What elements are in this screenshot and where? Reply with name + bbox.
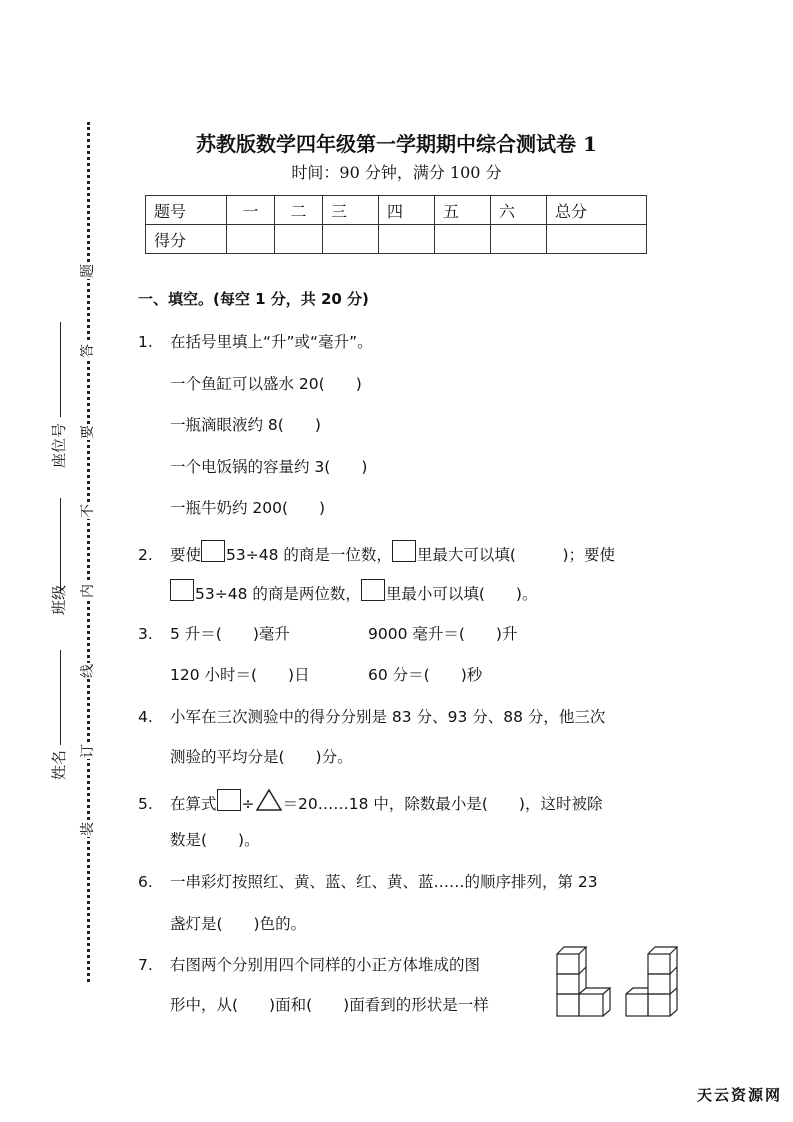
margin-char: 内 [79, 583, 97, 599]
question-text: 要使 [170, 546, 201, 564]
name-label: 姓名 [48, 750, 69, 780]
answer-blank[interactable]: 里最大可以填( )；要使 [417, 546, 615, 564]
question-text: 右图两个分别用四个同样的小正方体堆成的图 [170, 956, 480, 974]
square-blank-icon [361, 579, 385, 601]
question-number: 7. [138, 956, 170, 974]
seat-number-label: 座位号 [48, 423, 69, 468]
score-table-header-row: 题号 一 二 三 四 五 六 总分 [146, 196, 647, 225]
page-title: 苏教版数学四年级第一学期期中综合测试卷 1 [0, 128, 793, 157]
question-text: 53÷48 的商是两位数， [195, 585, 361, 603]
score-table-score-row: 得分 [146, 225, 647, 254]
question-number: 1. [138, 333, 170, 351]
table-cell: 总分 [547, 196, 647, 225]
table-cell: 四 [379, 196, 435, 225]
answer-blank[interactable]: 数是( )。 [170, 828, 260, 850]
question-number: 2. [138, 546, 170, 564]
section-heading: 一、填空。(每空 1 分，共 20 分) [138, 288, 369, 309]
table-cell: 二 [275, 196, 323, 225]
margin-char: 要 [79, 424, 97, 440]
answer-blank[interactable]: 9000 毫升＝( )升 [368, 622, 517, 644]
question-1: 1.在括号里填上“升”或“毫升”。 [138, 330, 373, 352]
table-cell: 五 [435, 196, 491, 225]
triangle-blank-icon [255, 788, 283, 812]
division-sign: ÷ [242, 795, 255, 813]
margin-char: 装 [79, 821, 97, 837]
score-input-cell[interactable] [323, 225, 379, 254]
answer-blank[interactable]: 形中，从( )面和( )面看到的形状是一样 [170, 993, 489, 1015]
question-number: 5. [138, 795, 170, 813]
answer-blank[interactable]: 里最小可以填( )。 [386, 585, 538, 603]
question-5: 5.在算式÷＝20……18 中，除数最小是( )，这时被除 [138, 788, 602, 814]
cube-stack-figure-right [624, 942, 684, 1018]
question-1-item[interactable]: 一瓶牛奶约 200( ) [170, 496, 325, 518]
question-4: 4.小军在三次测验中的得分分别是 83 分、93 分、88 分，他三次 [138, 705, 605, 727]
question-7: 7.右图两个分别用四个同样的小正方体堆成的图 [138, 953, 480, 975]
table-cell: 六 [491, 196, 547, 225]
exam-duration: 时间：90 分钟，满分 100 分 [0, 160, 793, 183]
cube-stack-figure-left [555, 942, 615, 1018]
question-2: 2.要使53÷48 的商是一位数，里最大可以填( )；要使 [138, 540, 615, 565]
square-blank-icon [170, 579, 194, 601]
answer-blank[interactable]: 60 分＝( )秒 [368, 663, 482, 685]
table-cell: 题号 [146, 196, 227, 225]
question-number: 3. [138, 625, 170, 643]
question-1-item[interactable]: 一个电饭锅的容量约 3( ) [170, 455, 367, 477]
margin-char: 线 [79, 663, 97, 679]
question-6: 6.一串彩灯按照红、黄、蓝、红、黄、蓝……的顺序排列，第 23 [138, 870, 598, 892]
score-input-cell[interactable] [227, 225, 275, 254]
margin-char: 题 [79, 263, 97, 279]
question-3: 3.5 升＝( )毫升 [138, 622, 290, 644]
table-cell: 一 [227, 196, 275, 225]
margin-char: 答 [79, 343, 97, 359]
seat-number-line[interactable] [60, 322, 61, 417]
square-blank-icon [217, 789, 241, 811]
question-text: 53÷48 的商是一位数， [226, 546, 392, 564]
question-text: 在算式 [170, 795, 217, 813]
square-blank-icon [201, 540, 225, 562]
table-cell: 得分 [146, 225, 227, 254]
score-input-cell[interactable] [547, 225, 647, 254]
answer-blank[interactable]: 盏灯是( )色的。 [170, 912, 306, 934]
score-input-cell[interactable] [491, 225, 547, 254]
name-line[interactable] [60, 650, 61, 745]
answer-blank[interactable]: 120 小时＝( )日 [170, 663, 310, 685]
score-table: 题号 一 二 三 四 五 六 总分 得分 [145, 195, 647, 254]
question-1-item[interactable]: 一个鱼缸可以盛水 20( ) [170, 372, 362, 394]
table-cell: 三 [323, 196, 379, 225]
class-label: 班级 [48, 585, 69, 615]
square-blank-icon [392, 540, 416, 562]
answer-blank[interactable]: 测验的平均分是( )分。 [170, 745, 353, 767]
question-number: 6. [138, 873, 170, 891]
binding-dotted-line [87, 122, 90, 982]
question-2-line2: 53÷48 的商是两位数，里最小可以填( )。 [170, 579, 537, 604]
answer-blank[interactable]: ＝20……18 中，除数最小是( )，这时被除 [283, 795, 603, 813]
margin-char: 订 [79, 743, 97, 759]
score-input-cell[interactable] [435, 225, 491, 254]
question-1-item[interactable]: 一瓶滴眼液约 8( ) [170, 413, 321, 435]
question-text: 一串彩灯按照红、黄、蓝、红、黄、蓝……的顺序排列，第 23 [170, 873, 598, 891]
question-text: 小军在三次测验中的得分分别是 83 分、93 分、88 分，他三次 [170, 708, 605, 726]
class-line[interactable] [60, 498, 61, 593]
watermark-logo: 天云资源网 [697, 1084, 782, 1105]
question-number: 4. [138, 708, 170, 726]
question-text: 在括号里填上“升”或“毫升”。 [170, 333, 373, 351]
score-input-cell[interactable] [275, 225, 323, 254]
score-input-cell[interactable] [379, 225, 435, 254]
margin-char: 不 [79, 503, 97, 519]
answer-blank[interactable]: 5 升＝( )毫升 [170, 625, 290, 643]
